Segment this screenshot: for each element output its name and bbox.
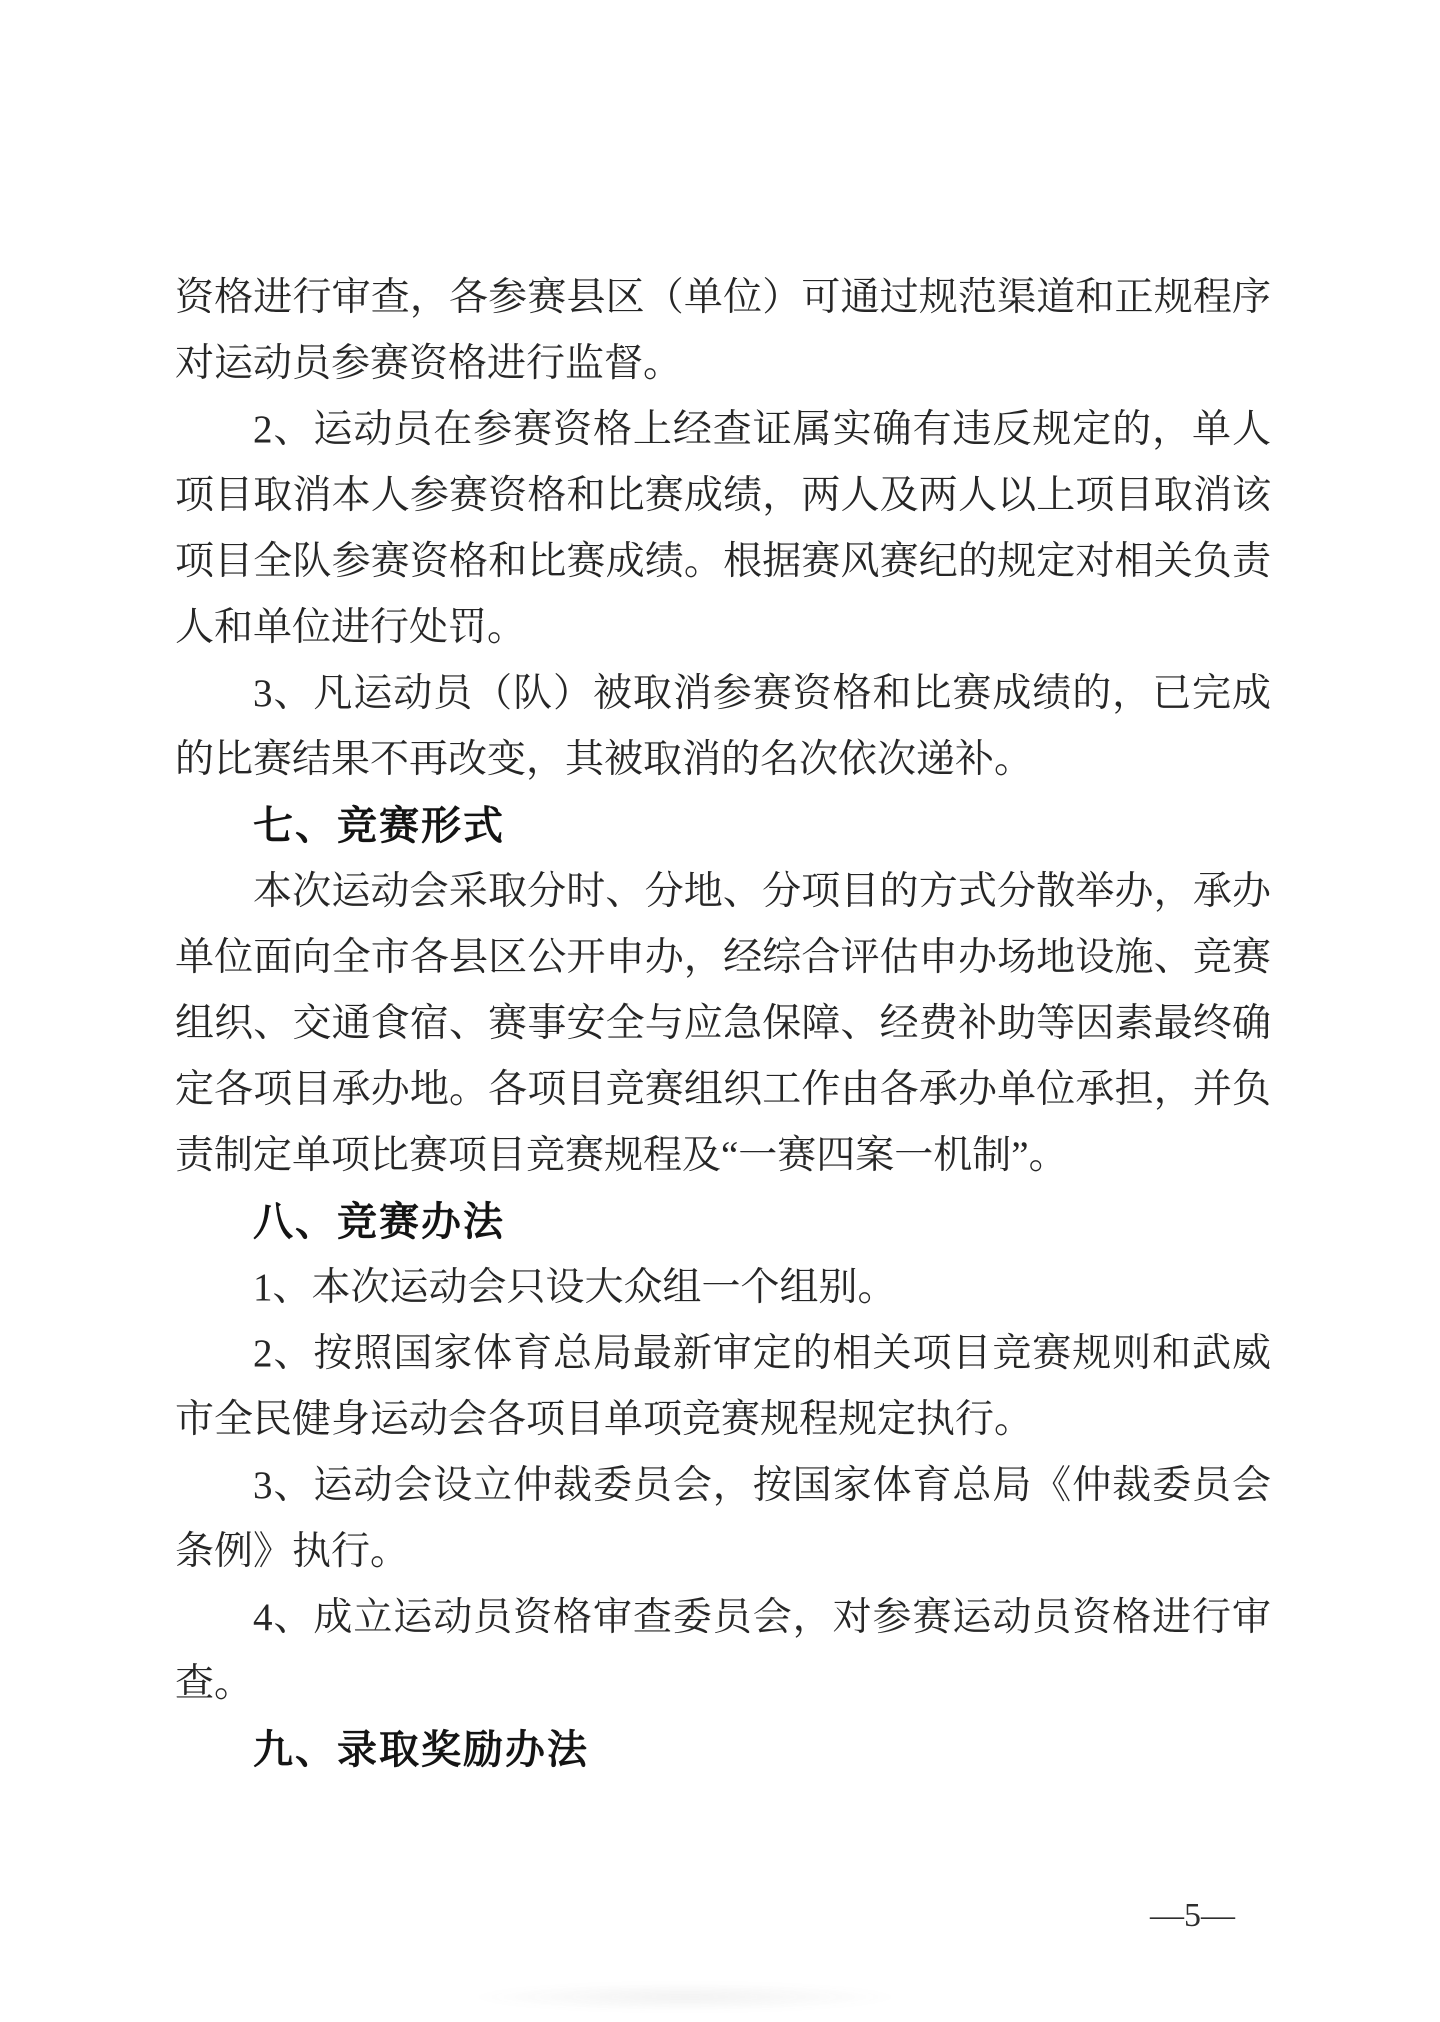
text-line: 的比赛结果不再改变，其被取消的名次依次递补。	[175, 727, 1271, 793]
text-line: 项目全队参赛资格和比赛成绩。根据赛风赛纪的规定对相关负责	[175, 529, 1271, 595]
text-line: 定各项目承办地。各项目竞赛组织工作由各承办单位承担，并负	[175, 1057, 1271, 1123]
text-line: 项目取消本人参赛资格和比赛成绩，两人及两人以上项目取消该	[175, 463, 1271, 529]
text-line: 2、按照国家体育总局最新审定的相关项目竞赛规则和武威	[175, 1321, 1271, 1387]
page-number: —5—	[1150, 1894, 1270, 1938]
text-line: 3、凡运动员（队）被取消参赛资格和比赛成绩的，已完成	[175, 661, 1271, 727]
text-line: 4、成立运动员资格审查委员会，对参赛运动员资格进行审	[175, 1585, 1271, 1651]
section-heading: 七、竞赛形式	[175, 793, 1271, 859]
scan-artifact	[470, 1982, 900, 2012]
text-line: 1、本次运动会只设大众组一个组别。	[175, 1255, 1271, 1321]
text-line: 3、运动会设立仲裁委员会，按国家体育总局《仲裁委员会	[175, 1453, 1271, 1519]
text-line: 本次运动会采取分时、分地、分项目的方式分散举办，承办	[175, 859, 1271, 925]
document-body: 资格进行审查，各参赛县区（单位）可通过规范渠道和正规程序对运动员参赛资格进行监督…	[175, 265, 1271, 1783]
text-line: 市全民健身运动会各项目单项竞赛规程规定执行。	[175, 1387, 1271, 1453]
text-line: 资格进行审查，各参赛县区（单位）可通过规范渠道和正规程序	[175, 265, 1271, 331]
text-line: 2、运动员在参赛资格上经查证属实确有违反规定的，单人	[175, 397, 1271, 463]
text-line: 查。	[175, 1651, 1271, 1717]
text-line: 人和单位进行处罚。	[175, 595, 1271, 661]
section-heading: 九、录取奖励办法	[175, 1717, 1271, 1783]
text-line: 条例》执行。	[175, 1519, 1271, 1585]
text-line: 单位面向全市各县区公开申办，经综合评估申办场地设施、竞赛	[175, 925, 1271, 991]
text-line: 组织、交通食宿、赛事安全与应急保障、经费补助等因素最终确	[175, 991, 1271, 1057]
text-line: 责制定单项比赛项目竞赛规程及“一赛四案一机制”。	[175, 1123, 1271, 1189]
document-page: 资格进行审查，各参赛县区（单位）可通过规范渠道和正规程序对运动员参赛资格进行监督…	[0, 0, 1440, 2022]
text-line: 对运动员参赛资格进行监督。	[175, 331, 1271, 397]
section-heading: 八、竞赛办法	[175, 1189, 1271, 1255]
